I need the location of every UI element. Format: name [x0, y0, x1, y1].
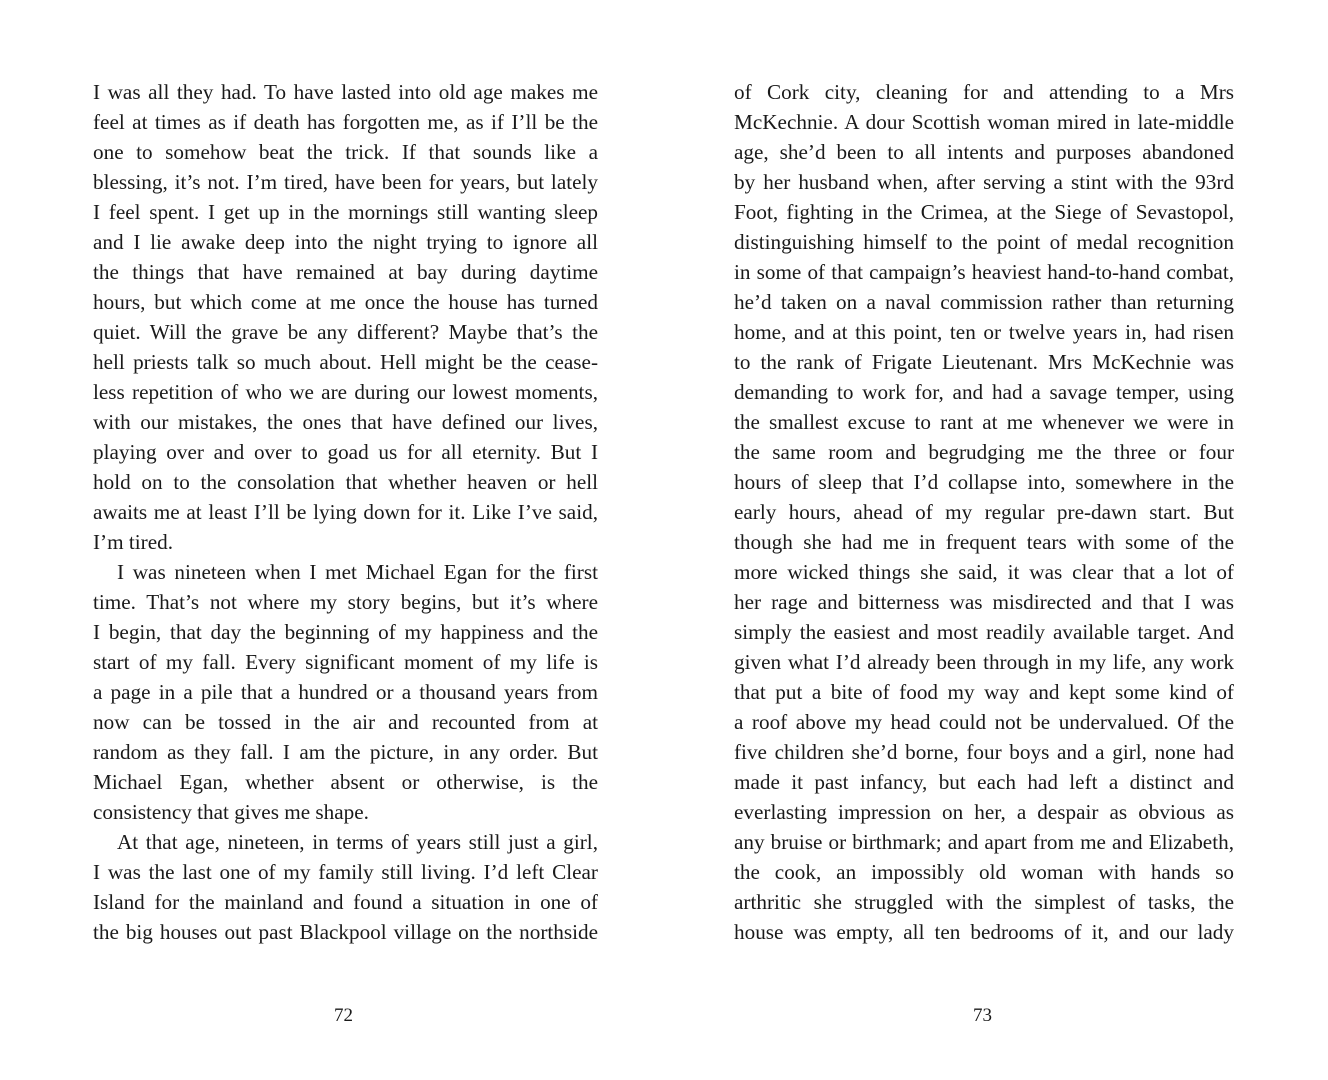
text-line: any bruise or birthmark; and apart from …	[734, 827, 1234, 857]
text-line: awaits me at least I’ll be lying down fo…	[93, 497, 598, 527]
text-line: McKechnie. A dour Scottish woman mired i…	[734, 107, 1234, 137]
text-line: of Cork city, cleaning for and attending…	[734, 77, 1234, 107]
text-line: I begin, that day the beginning of my ha…	[93, 617, 598, 647]
text-line: I’m tired.	[93, 527, 598, 557]
text-line: everlasting impression on her, a despair…	[734, 797, 1234, 827]
text-line: simply the easiest and most readily avai…	[734, 617, 1234, 647]
text-line: the smallest excuse to rant at me whenev…	[734, 407, 1234, 437]
left-page: I was all they had. To have lasted into …	[0, 0, 664, 1080]
text-line: I feel spent. I get up in the mornings s…	[93, 197, 598, 227]
text-line: given what I’d already been through in m…	[734, 647, 1234, 677]
text-line: playing over and over to goad us for all…	[93, 437, 598, 467]
text-line: Foot, fighting in the Crimea, at the Sie…	[734, 197, 1234, 227]
text-line: to the rank of Frigate Lieutenant. Mrs M…	[734, 347, 1234, 377]
text-line: the same room and begrudging me the thre…	[734, 437, 1234, 467]
text-line: At that age, nineteen, in terms of years…	[93, 827, 598, 857]
text-line: the cook, an impossibly old woman with h…	[734, 857, 1234, 887]
text-line: early hours, ahead of my regular pre-daw…	[734, 497, 1234, 527]
text-line: her rage and bitterness was misdirected …	[734, 587, 1234, 617]
text-line: five children she’d borne, four boys and…	[734, 737, 1234, 767]
text-line: less repetition of who we are during our…	[93, 377, 598, 407]
text-line: one to somehow beat the trick. If that s…	[93, 137, 598, 167]
text-line: by her husband when, after serving a sti…	[734, 167, 1234, 197]
text-line: made it past infancy, but each had left …	[734, 767, 1234, 797]
text-line: I was all they had. To have lasted into …	[93, 77, 598, 107]
text-line: hours, but which come at me once the hou…	[93, 287, 598, 317]
text-line: the big houses out past Blackpool villag…	[93, 917, 598, 947]
text-line: hold on to the consolation that whether …	[93, 467, 598, 497]
text-line: more wicked things she said, it was clea…	[734, 557, 1234, 587]
text-line: I was the last one of my family still li…	[93, 857, 598, 887]
text-line: though she had me in frequent tears with…	[734, 527, 1234, 557]
right-page: of Cork city, cleaning for and attending…	[664, 0, 1328, 1080]
text-line: Michael Egan, whether absent or otherwis…	[93, 767, 598, 797]
text-line: a roof above my head could not be underv…	[734, 707, 1234, 737]
text-line: distinguishing himself to the point of m…	[734, 227, 1234, 257]
text-line: Island for the mainland and found a situ…	[93, 887, 598, 917]
text-line: demanding to work for, and had a savage …	[734, 377, 1234, 407]
right-page-body: of Cork city, cleaning for and attending…	[734, 77, 1234, 947]
text-line: he’d taken on a naval commission rather …	[734, 287, 1234, 317]
text-line: home, and at this point, ten or twelve y…	[734, 317, 1234, 347]
text-line: the things that have remained at bay dur…	[93, 257, 598, 287]
text-line: house was empty, all ten bedrooms of it,…	[734, 917, 1234, 947]
text-line: blessing, it’s not. I’m tired, have been…	[93, 167, 598, 197]
text-line: time. That’s not where my story begins, …	[93, 587, 598, 617]
left-page-body: I was all they had. To have lasted into …	[93, 77, 598, 947]
text-line: that put a bite of food my way and kept …	[734, 677, 1234, 707]
text-line: feel at times as if death has forgotten …	[93, 107, 598, 137]
page-number-right: 73	[973, 1004, 992, 1028]
text-line: random as they fall. I am the picture, i…	[93, 737, 598, 767]
text-line: a page in a pile that a hundred or a tho…	[93, 677, 598, 707]
text-line: consistency that gives me shape.	[93, 797, 598, 827]
text-line: arthritic she struggled with the simples…	[734, 887, 1234, 917]
text-line: now can be tossed in the air and recount…	[93, 707, 598, 737]
text-line: start of my fall. Every significant mome…	[93, 647, 598, 677]
text-line: and I lie awake deep into the night tryi…	[93, 227, 598, 257]
text-line: age, she’d been to all intents and purpo…	[734, 137, 1234, 167]
text-line: hell priests talk so much about. Hell mi…	[93, 347, 598, 377]
text-line: hours of sleep that I’d collapse into, s…	[734, 467, 1234, 497]
text-line: in some of that campaign’s heaviest hand…	[734, 257, 1234, 287]
text-line: I was nineteen when I met Michael Egan f…	[93, 557, 598, 587]
text-line: quiet. Will the grave be any different? …	[93, 317, 598, 347]
text-line: with our mistakes, the ones that have de…	[93, 407, 598, 437]
page-number-left: 72	[334, 1004, 353, 1028]
